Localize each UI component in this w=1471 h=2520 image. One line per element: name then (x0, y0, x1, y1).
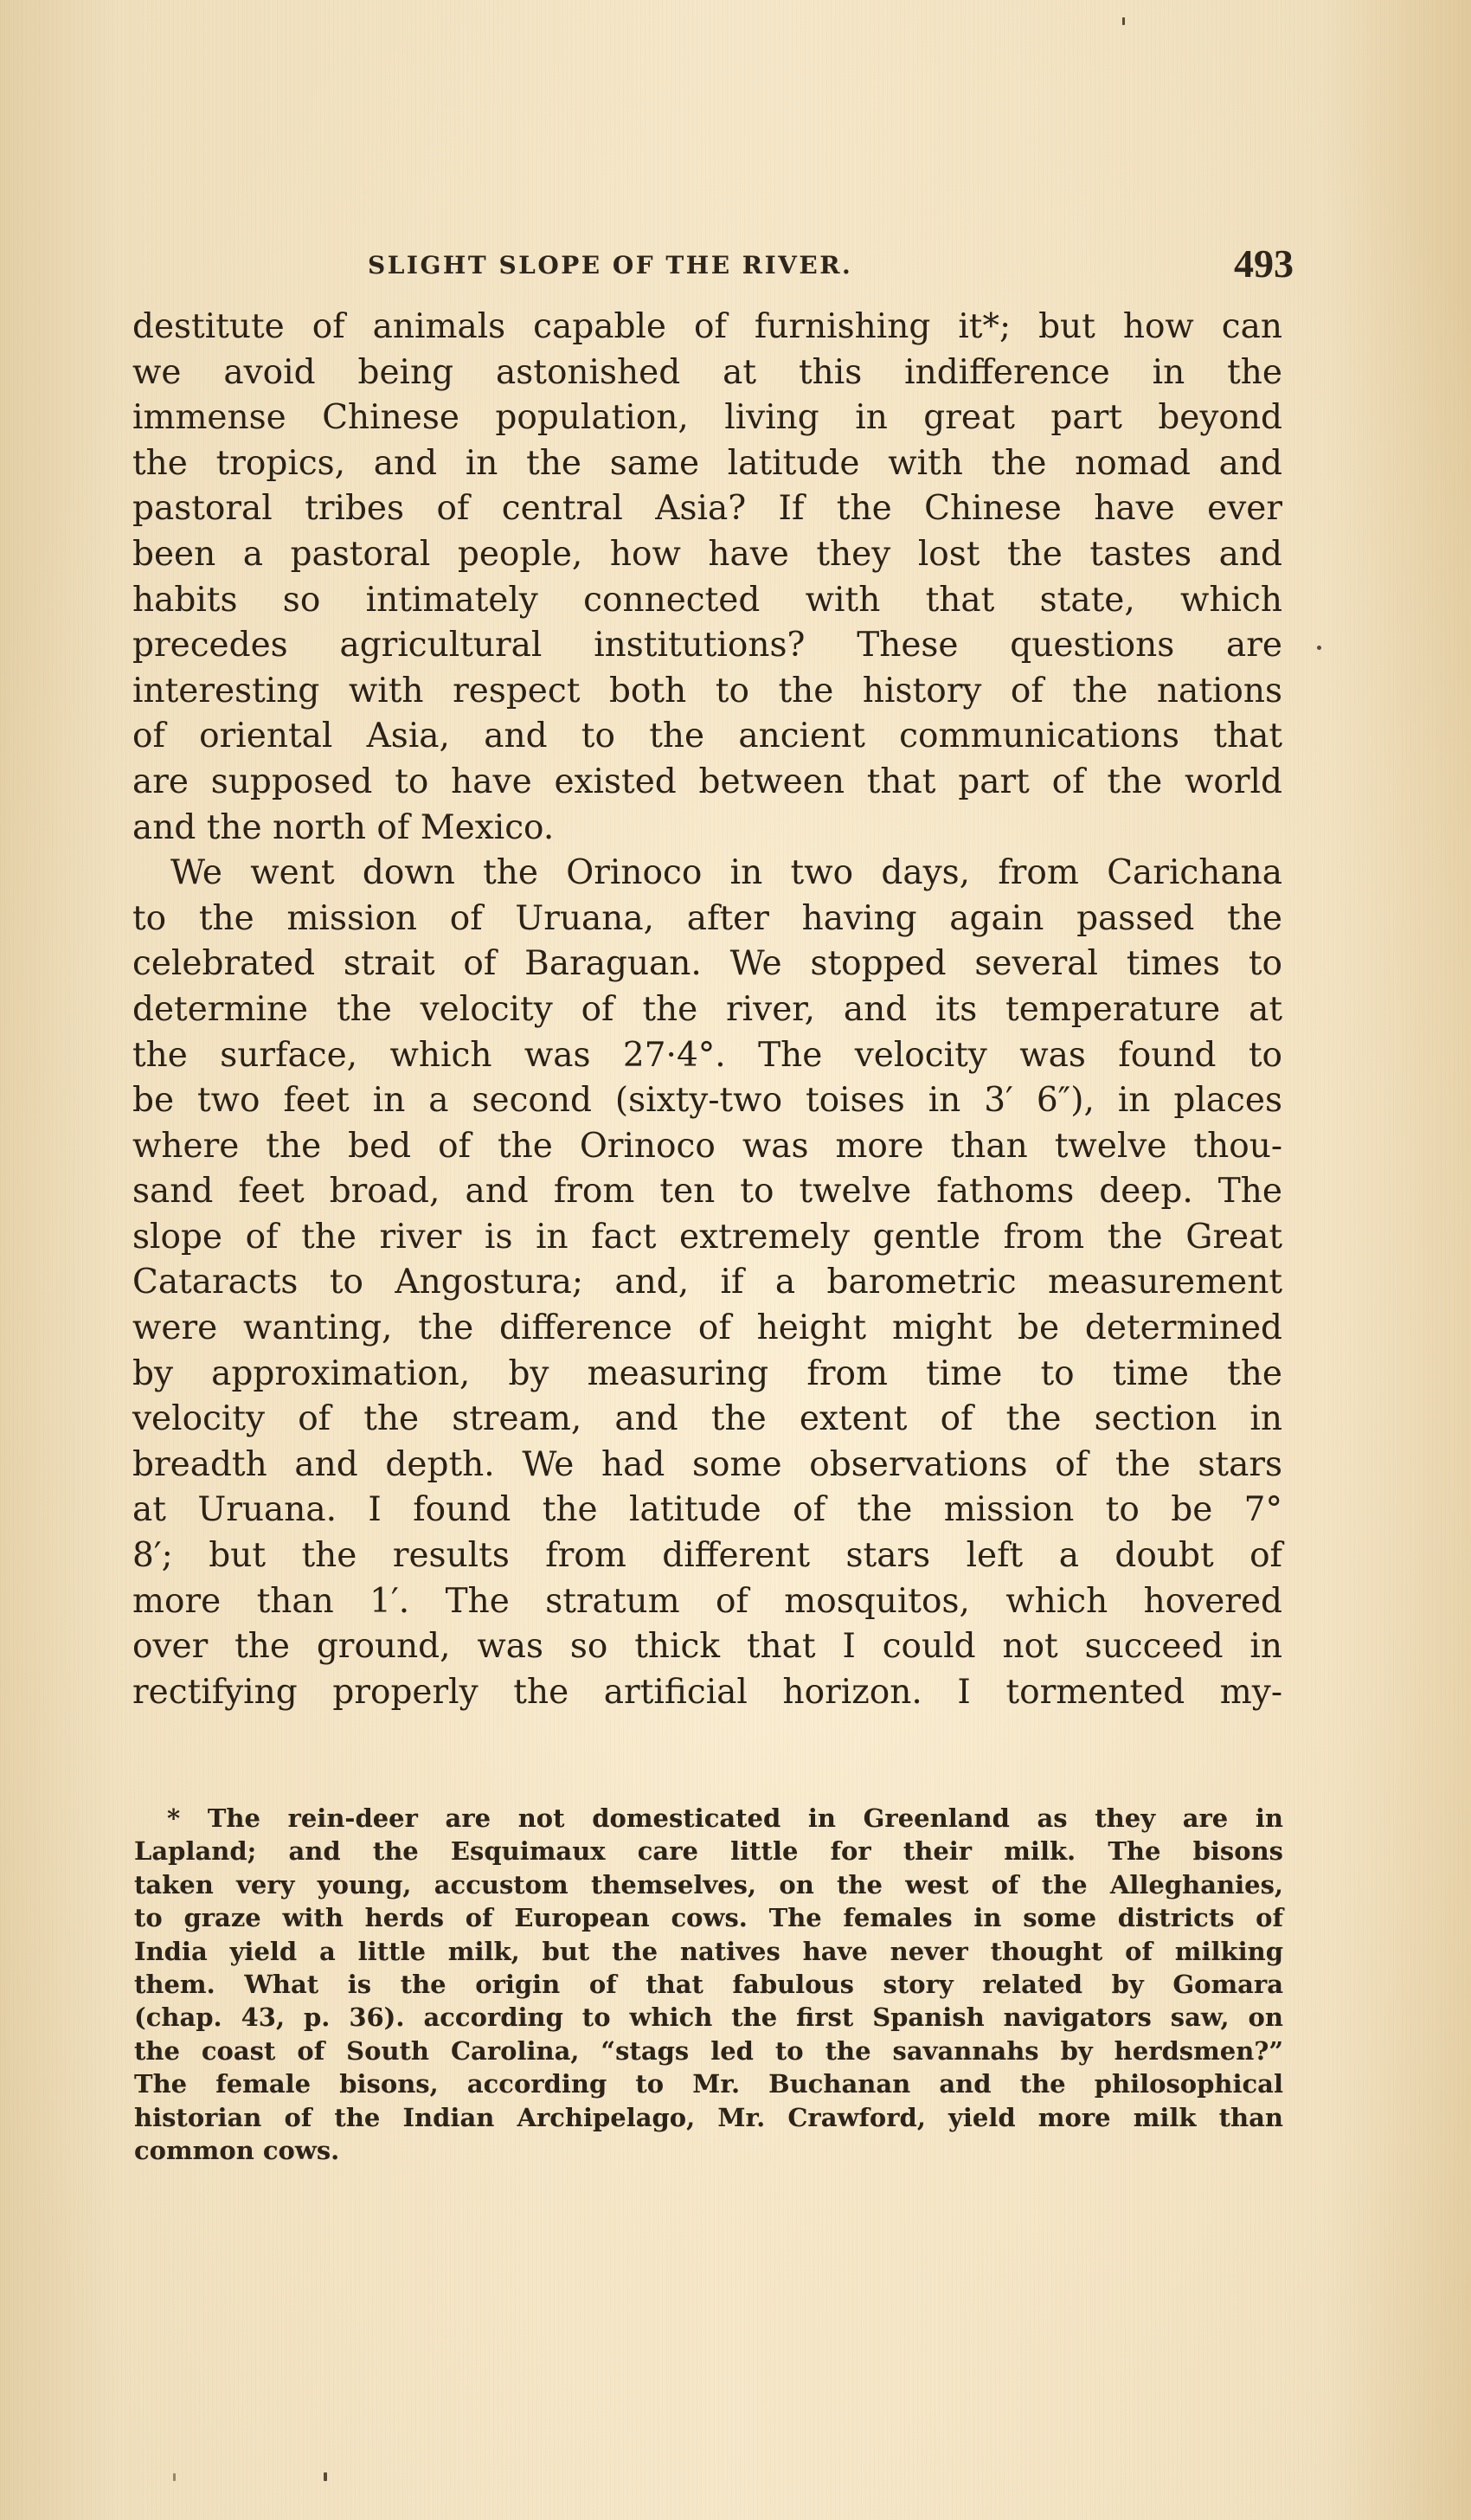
body-line: over the ground, was so thick that I cou… (132, 1624, 1282, 1670)
footnote-line: The female bisons, according to Mr. Buch… (134, 2067, 1283, 2100)
body-line: celebrated strait of Baraguan. We stoppe… (132, 942, 1282, 987)
body-line: the tropics, and in the same latitude wi… (132, 441, 1282, 487)
paper-speck (1122, 17, 1125, 25)
body-line: to the mission of Uruana, after having a… (132, 897, 1282, 942)
paper-speck (1317, 646, 1321, 650)
body-line: by approximation, by measuring from time… (132, 1352, 1282, 1398)
body-line: 8′; but the results from different stars… (132, 1533, 1282, 1579)
body-line: the surface, which was 27·4°. The veloci… (132, 1033, 1282, 1079)
footnote-line: (chap. 43, p. 36). according to which th… (134, 2001, 1283, 2034)
footnote-line: them. What is the origin of that fabulou… (134, 1968, 1283, 2001)
footnote-line: Lapland; and the Esquimaux care little f… (134, 1835, 1283, 1867)
body-line: pastoral tribes of central Asia? If the … (132, 486, 1282, 532)
body-line: precedes agricultural institutions? Thes… (132, 623, 1282, 669)
footnote-line: the coast of South Carolina, “stags led … (134, 2035, 1283, 2067)
body-line: slope of the river is in fact extremely … (132, 1215, 1282, 1261)
body-line: more than 1′. The stratum of mosquitos, … (132, 1579, 1282, 1625)
body-line: destitute of animals capable of furnishi… (132, 305, 1282, 350)
body-line: be two feet in a second (sixty-two toise… (132, 1078, 1282, 1124)
body-line: breadth and depth. We had some observati… (132, 1443, 1282, 1488)
footnote-line: * The rein-deer are not domesticated in … (134, 1802, 1283, 1835)
paper-speck (324, 2472, 327, 2481)
body-line: are supposed to have existed between tha… (132, 760, 1282, 806)
body-line: at Uruana. I found the latitude of the m… (132, 1488, 1282, 1533)
footnote-line: to graze with herds of European cows. Th… (134, 1901, 1283, 1934)
book-page: SLIGHT SLOPE OF THE RIVER. 493 destitute… (0, 0, 1471, 2520)
body-line: velocity of the stream, and the extent o… (132, 1397, 1282, 1443)
body-line: immense Chinese population, living in gr… (132, 395, 1282, 441)
body-line: we avoid being astonished at this indiff… (132, 350, 1282, 396)
body-line: interesting with respect both to the his… (132, 669, 1282, 715)
body-line: of oriental Asia, and to the ancient com… (132, 714, 1282, 760)
footnote-line: taken very young, accustom themselves, o… (134, 1868, 1283, 1901)
paper-speck (173, 2473, 176, 2481)
footnote: * The rein-deer are not domesticated in … (134, 1802, 1283, 2167)
body-line: sand feet broad, and from ten to twelve … (132, 1169, 1282, 1215)
body-line: Cataracts to Angostura; and, if a barome… (132, 1260, 1282, 1306)
running-head-title: SLIGHT SLOPE OF THE RIVER. (368, 251, 852, 280)
body-line: determine the velocity of the river, and… (132, 987, 1282, 1033)
footnote-line: historian of the Indian Archipelago, Mr.… (134, 2101, 1283, 2134)
body-line: were wanting, the difference of height m… (132, 1306, 1282, 1352)
page-number: 493 (1234, 241, 1294, 286)
body-line: We went down the Orinoco in two days, fr… (132, 851, 1282, 897)
body-line: and the north of Mexico. (132, 806, 1282, 852)
body-line: habits so intimately connected with that… (132, 578, 1282, 624)
footnote-line: India yield a little milk, but the nativ… (134, 1935, 1283, 1968)
running-head: SLIGHT SLOPE OF THE RIVER. 493 (368, 241, 1294, 292)
footnote-line: common cows. (134, 2134, 1283, 2167)
body-text: destitute of animals capable of furnishi… (132, 305, 1282, 1715)
body-line: where the bed of the Orinoco was more th… (132, 1124, 1282, 1170)
body-line: rectifying properly the artificial horiz… (132, 1670, 1282, 1716)
body-line: been a pastoral people, how have they lo… (132, 532, 1282, 578)
